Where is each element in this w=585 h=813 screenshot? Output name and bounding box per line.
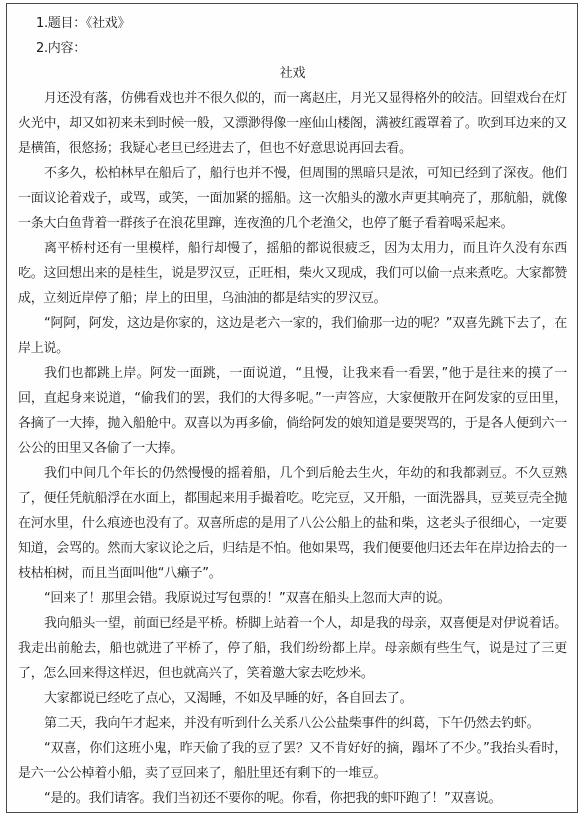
paragraph: 第二天，我向午才起来，并没有听到什么关系八公公盐柴事件的纠葛，下午仍然去钓虾。 — [18, 711, 567, 736]
paragraph: 我们也都跳上岸。阿发一面跳，一面说道，“且慢，让我来看一看罢，”他于是往来的摸了… — [18, 361, 567, 461]
paragraph: “双喜，你们这班小鬼，昨天偷了我的豆了罢？又不肯好好的摘，蹋坏了不少。”我抬头看… — [18, 736, 567, 785]
paragraph: 不多久，松柏林早在船后了，船行也并不慢，但周围的黑暗只是浓，可知已经到了深夜。他… — [18, 161, 567, 236]
paragraph: 离平桥村还有一里模样，船行却慢了，摇船的都说很疲乏，因为太用力，而且许久没有东西… — [18, 236, 567, 311]
paragraph: 月还没有落，仿佛看戏也并不很久似的，而一离赵庄，月光又显得格外的皎洁。回望戏台在… — [18, 86, 567, 161]
paragraph: 我向船头一望，前面已经是平桥。桥脚上站着一个人，却是我的母亲，双喜便是对伊说着话… — [18, 611, 567, 686]
paragraph: 大家都说已经吃了点心，又渴睡，不如及早睡的好，各自回去了。 — [18, 686, 567, 711]
article-body: 月还没有落，仿佛看戏也并不很久似的，而一离赵庄，月光又显得格外的皎洁。回望戏台在… — [18, 86, 567, 785]
paragraph: “阿阿，阿发，这边是你家的，这边是老六一家的，我们偷那一边的呢？”双喜先跳下去了… — [18, 311, 567, 361]
document-page: 1.题目：《社戏》 2.内容： 社戏 月还没有落，仿佛看戏也并不很久似的，而一离… — [6, 3, 578, 785]
question-content-line: 2.内容： — [18, 36, 567, 61]
article-title: 社戏 — [18, 61, 567, 86]
paragraph: 我们中间几个年长的仍然慢慢的摇着船，几个到后舱去生火，年幼的和我都剥豆。不久豆熟… — [18, 461, 567, 586]
paragraph: “回来了！那里会错。我原说过写包票的！”双喜在船头上忽而大声的说。 — [18, 586, 567, 611]
question-title-line: 1.题目：《社戏》 — [18, 11, 567, 36]
